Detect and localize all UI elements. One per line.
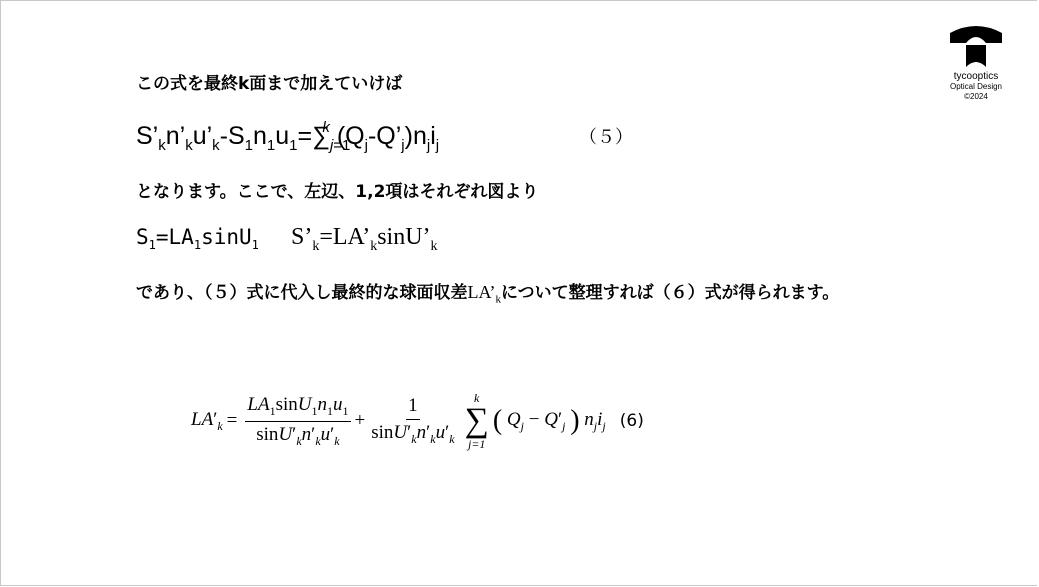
conclusion-text-before: であり、（５）式に代入し最終的な球面収差 bbox=[136, 283, 468, 303]
tycooptics-logo-icon bbox=[948, 23, 1004, 67]
logo-copyright: ©2024 bbox=[941, 92, 1011, 102]
fraction-2: 1 sinU′kn′ku′k bbox=[369, 395, 456, 447]
conclusion-text-after: について整理すれば（６）式が得られます。 bbox=[501, 283, 839, 303]
equation-5-number: （５） bbox=[579, 123, 633, 149]
summation: k ∑ j=1 bbox=[465, 392, 489, 450]
relation-s1: S1=LA1sinU1 bbox=[136, 225, 259, 252]
slide: この式を最終k面まで加えていけば S’kn’ku’k-S1n1u1=∑j=1k … bbox=[0, 0, 1037, 586]
relation-sk: S’k=LA’ksinU’k bbox=[291, 224, 438, 255]
logo: tycooptics Optical Design ©2024 bbox=[941, 23, 1011, 102]
conclusion-text: であり、（５）式に代入し最終的な球面収差LA’kについて整理すれば（６）式が得ら… bbox=[136, 278, 839, 306]
fraction-1: LA1sinU1n1u1 sinU′kn′ku′k bbox=[245, 394, 350, 449]
equation-6: LA′k = LA1sinU1n1u1 sinU′kn′ku′k + 1 sin… bbox=[191, 381, 644, 461]
logo-subtitle: Optical Design bbox=[941, 82, 1011, 92]
intro-text: この式を最終k面まで加えていけば bbox=[136, 69, 402, 94]
equation-6-number: (6) bbox=[620, 411, 644, 431]
logo-name: tycooptics bbox=[941, 71, 1011, 82]
equation-5: S’kn’ku’k-S1n1u1=∑j=1k (Qj-Q’j)njij bbox=[136, 119, 439, 154]
explanation-text: となります。ここで、左辺、1,2項はそれぞれ図より bbox=[136, 177, 538, 202]
spherical-aberration-term: LA’k bbox=[468, 282, 502, 302]
